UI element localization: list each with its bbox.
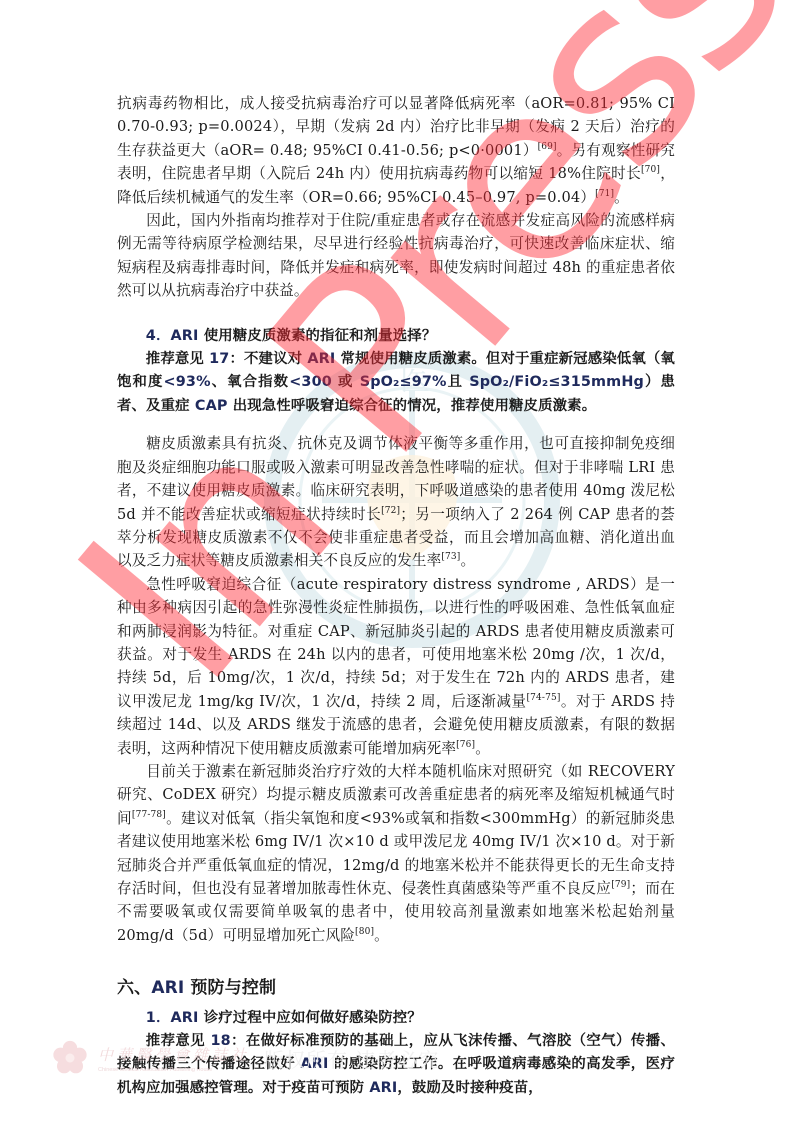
text-span: ：不建议对 [229, 351, 307, 367]
body-text: 抗病毒药物相比，成人接受抗病毒治疗可以显著降低病死率（aOR=0.81; 95%… [117, 92, 675, 1100]
citation[interactable]: [71] [595, 189, 614, 199]
value: <300 [289, 374, 332, 390]
value: SpO₂≤97% [360, 374, 447, 390]
term-ari: ARI [369, 1080, 397, 1096]
citation[interactable]: [77-78] [132, 810, 166, 820]
text-span: 。 [614, 189, 629, 206]
recommendation-17: 推荐意见 17：不建议对 ARI 常规使用糖皮质激素。但对于重症新冠感染低氧（氧… [117, 348, 675, 418]
text-span: 且 [447, 374, 470, 390]
question-4-heading: 4．ARI 使用糖皮质激素的指征和剂量选择？ [117, 325, 675, 348]
publisher-name-cn: 中華醫學會雜誌社 [98, 1044, 250, 1065]
text-span: 出现急性呼吸窘迫综合征的情况，推荐使用糖皮质激素。 [228, 398, 597, 414]
publisher-name-en: Chinese Medical Association Publishing H… [98, 1067, 250, 1073]
section-6-heading: 六、ARI 预防与控制 [117, 977, 675, 1000]
value: SpO₂/FiO₂≤315mmHg [469, 374, 644, 390]
spacer [117, 418, 675, 432]
term-ari: ARI [307, 351, 335, 367]
question-text: 使用糖皮质激素的指征和剂量选择？ [199, 328, 437, 344]
publisher-name: 中華醫學會雜誌社 Chinese Medical Association Pub… [98, 1044, 250, 1073]
publisher-footer: 中華醫學會雜誌社 Chinese Medical Association Pub… [52, 1038, 439, 1078]
value: <93% [164, 374, 211, 390]
term-cap: CAP [195, 398, 228, 414]
citation[interactable]: [72] [381, 506, 400, 516]
copyright-notice: 版权所有 违者必究 [264, 1044, 439, 1073]
citation[interactable]: [79] [611, 880, 630, 890]
text-span: 。建议对低氧（指尖氧饱和度<93%或氧和指数<300mmHg）的新冠肺炎患者建议… [117, 810, 675, 897]
paragraph-ards: 急性呼吸窘迫综合征（acute respiratory distress syn… [117, 573, 675, 760]
text-span: 。 [475, 740, 490, 757]
citation[interactable]: [80] [355, 927, 374, 937]
citation[interactable]: [73] [441, 552, 460, 562]
question-1-heading: 1．ARI 诊疗过程中应如何做好感染防控？ [117, 1007, 675, 1030]
rec-number: 17 [209, 351, 229, 367]
paragraph-guideline-summary: 因此，国内外指南均推荐对于住院/重症患者或存在流感并发症高风险的流感样病例无需等… [117, 209, 675, 303]
question-number: 4． [146, 328, 171, 344]
section-title-text: 预防与控制 [184, 978, 276, 998]
publisher-flower-logo-icon [52, 1040, 88, 1076]
text-span: ，鼓励及时接种疫苗， [397, 1080, 542, 1096]
term-ari: ARI [171, 1010, 199, 1026]
text-span: 。 [460, 552, 475, 569]
citation[interactable]: [76] [456, 740, 475, 750]
text-span: 、氧合指数 [211, 374, 290, 390]
term-ari: ARI [171, 328, 199, 344]
citation[interactable]: [74-75] [527, 693, 561, 703]
text-span: 或 [332, 374, 360, 390]
rec-label: 推荐意见 [146, 351, 209, 367]
document-page: 医 抗病毒药物相比，成人接受抗病毒治疗可以显著降低病死率（aOR=0.81; 9… [0, 0, 794, 1123]
section-prefix: 六、 [117, 978, 151, 998]
paragraph-glucocorticoid-effects: 糖皮质激素具有抗炎、抗休克及调节体液平衡等多重作用，也可直接抑制免疫细胞及炎症细… [117, 432, 675, 572]
question-text: 诊疗过程中应如何做好感染防控？ [199, 1010, 422, 1026]
term-ari: ARI [151, 978, 184, 998]
paragraph-antiviral-benefit: 抗病毒药物相比，成人接受抗病毒治疗可以显著降低病死率（aOR=0.81; 95%… [117, 92, 675, 209]
text-span: 急性呼吸窘迫综合征（acute respiratory distress syn… [117, 576, 675, 710]
question-number: 1． [146, 1010, 171, 1026]
text-span: 。 [374, 927, 389, 944]
paragraph-covid-steroids: 目前关于激素在新冠肺炎治疗疗效的大样本随机临床对照研究（如 RECOVERY 研… [117, 760, 675, 947]
citation[interactable]: [70] [641, 165, 660, 175]
citation[interactable]: [69] [538, 142, 557, 152]
